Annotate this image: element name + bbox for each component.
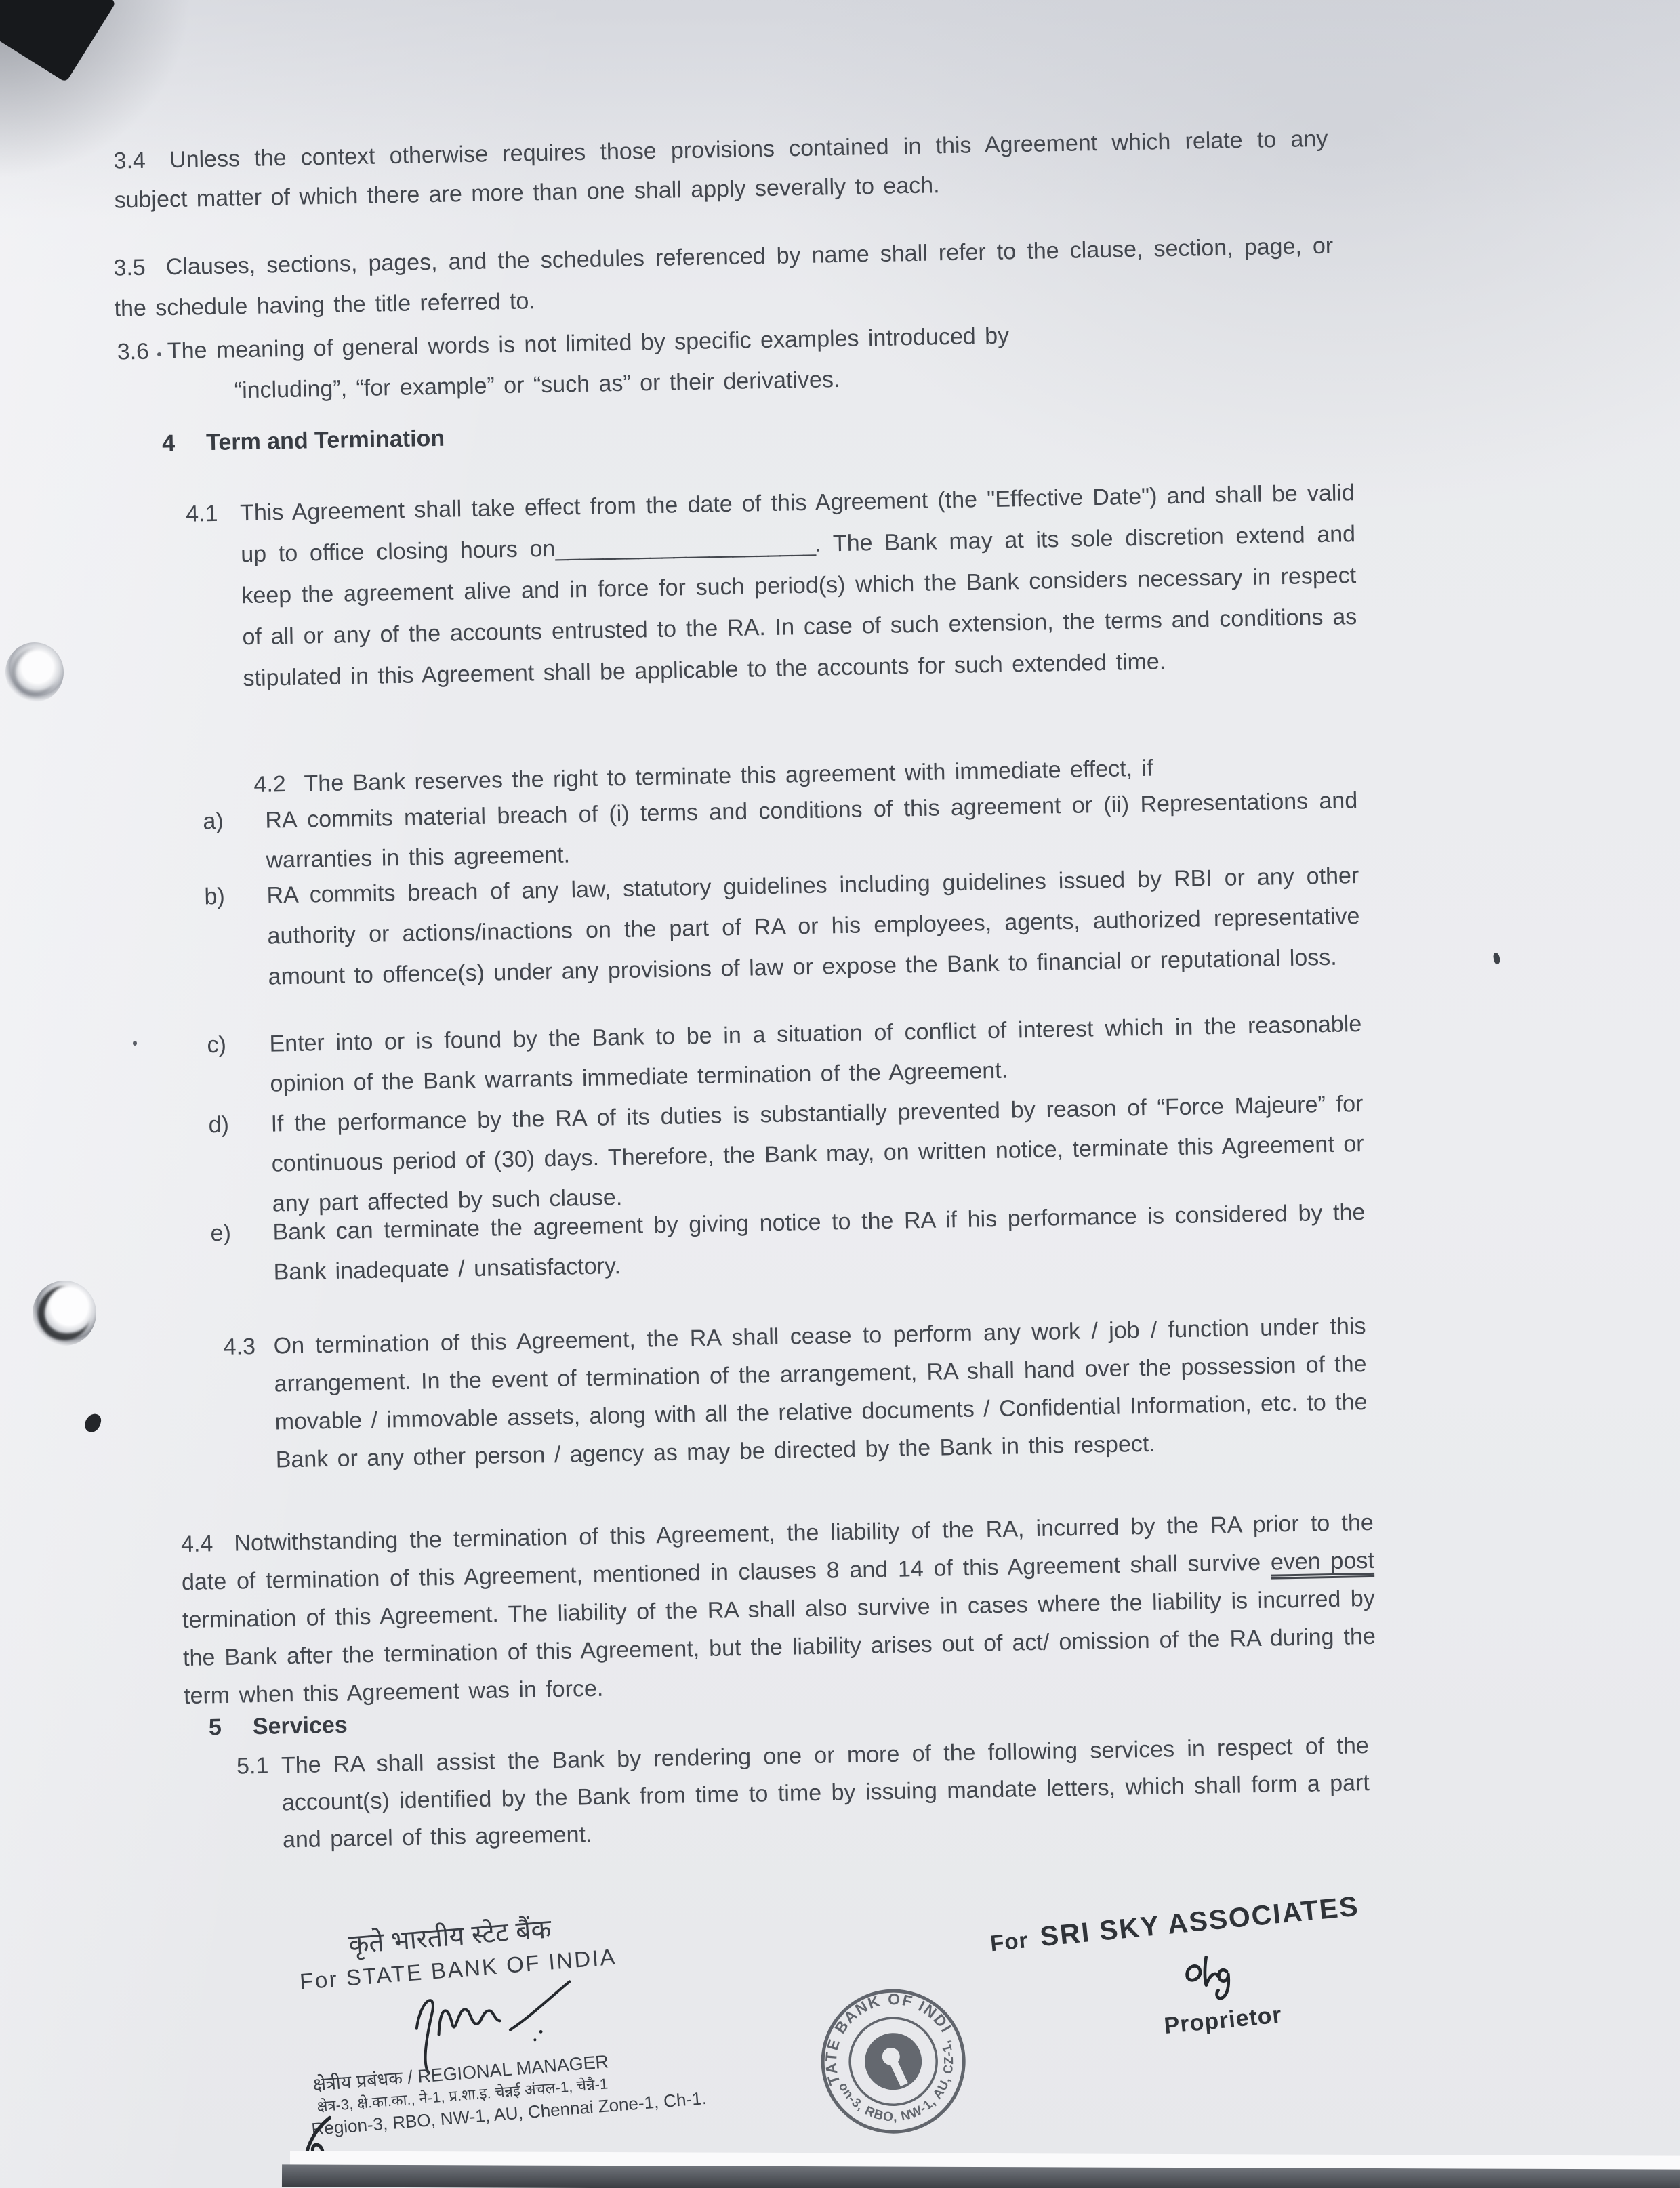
ra-for-prefix: For — [989, 1927, 1029, 1956]
section-title: Term and Termination — [206, 426, 445, 455]
clause-text: On termination of this Agreement, the RA… — [273, 1307, 1368, 1479]
bank-signature-block: कृते भारतीय स्टेट बैंक For STATE BANK OF… — [296, 1908, 618, 2141]
termination-item-b: b) RA commits breach of any law, statuto… — [204, 855, 1361, 998]
clause-text: The meaning of general words is not limi… — [167, 323, 1010, 364]
clause-number: 4.2 — [253, 771, 286, 798]
fill-in-blank-line: ______________________ — [555, 531, 815, 562]
section-title: Services — [253, 1712, 348, 1740]
clause-3-4: 3.4 Unless the context otherwise require… — [113, 119, 1329, 220]
text-after-underline: termination of this Agreement. The liabi… — [182, 1586, 1376, 1709]
ra-firm-name: SRI SKY ASSOCIATES — [1039, 1891, 1361, 1952]
section-5-heading: 5Services — [209, 1712, 348, 1741]
item-label: a) — [203, 802, 224, 842]
section-number: 4 — [162, 430, 176, 456]
item-text: RA commits breach of any law, statutory … — [266, 855, 1361, 997]
ra-signature-block: ForSRI SKY ASSOCIATES Proprietor — [989, 1895, 1325, 2056]
bank-round-stamp: ★ STATE BANK OF INDIA ★ Region-3, RBO, N… — [787, 1955, 1001, 2170]
clause-text: Clauses, sections, pages, and the schedu… — [114, 233, 1333, 322]
punch-hole-bottom — [33, 1281, 96, 1346]
clause-number: 5.1 — [237, 1748, 269, 1786]
proprietor-signature — [1174, 1937, 1282, 2005]
underlined-phrase: even post — [1271, 1548, 1374, 1575]
clause-4-1: 4.1 This Agreement shall take effect fro… — [186, 472, 1358, 701]
clause-text: This Agreement shall take effect from th… — [240, 472, 1358, 699]
item-label: b) — [204, 876, 225, 917]
section-number: 5 — [209, 1714, 222, 1740]
scanner-bed-strip — [282, 2164, 1680, 2188]
speck — [157, 352, 161, 356]
item-label: e) — [210, 1214, 231, 1254]
text-before-underline: Notwithstanding the termination of this … — [182, 1510, 1374, 1595]
clause-number: 4.4 — [181, 1531, 213, 1557]
ra-designation: Proprietor — [999, 1998, 1326, 2055]
clause-number: 3.5 — [113, 255, 146, 281]
speck — [133, 1041, 137, 1046]
clause-number: 3.6 — [117, 339, 149, 365]
clause-5-1: 5.1 The RA shall assist the Bank by rend… — [237, 1727, 1371, 1860]
item-label: c) — [207, 1025, 226, 1066]
punch-hole-top — [5, 642, 64, 702]
item-label: d) — [208, 1105, 229, 1146]
clause-4-4: 4.4 Notwithstanding the termination of t… — [180, 1504, 1376, 1715]
clause-number: 4.1 — [186, 493, 218, 535]
clause-4-3: 4.3 On termination of this Agreement, th… — [223, 1307, 1368, 1480]
clause-text: The RA shall assist the Bank by renderin… — [281, 1727, 1371, 1859]
clause-number: 4.3 — [223, 1327, 255, 1366]
agreement-page-content: 3.4 Unless the context otherwise require… — [0, 0, 1680, 2188]
section-4-heading: 4Term and Termination — [162, 426, 445, 457]
clause-text: Unless the context otherwise requires th… — [114, 126, 1328, 213]
